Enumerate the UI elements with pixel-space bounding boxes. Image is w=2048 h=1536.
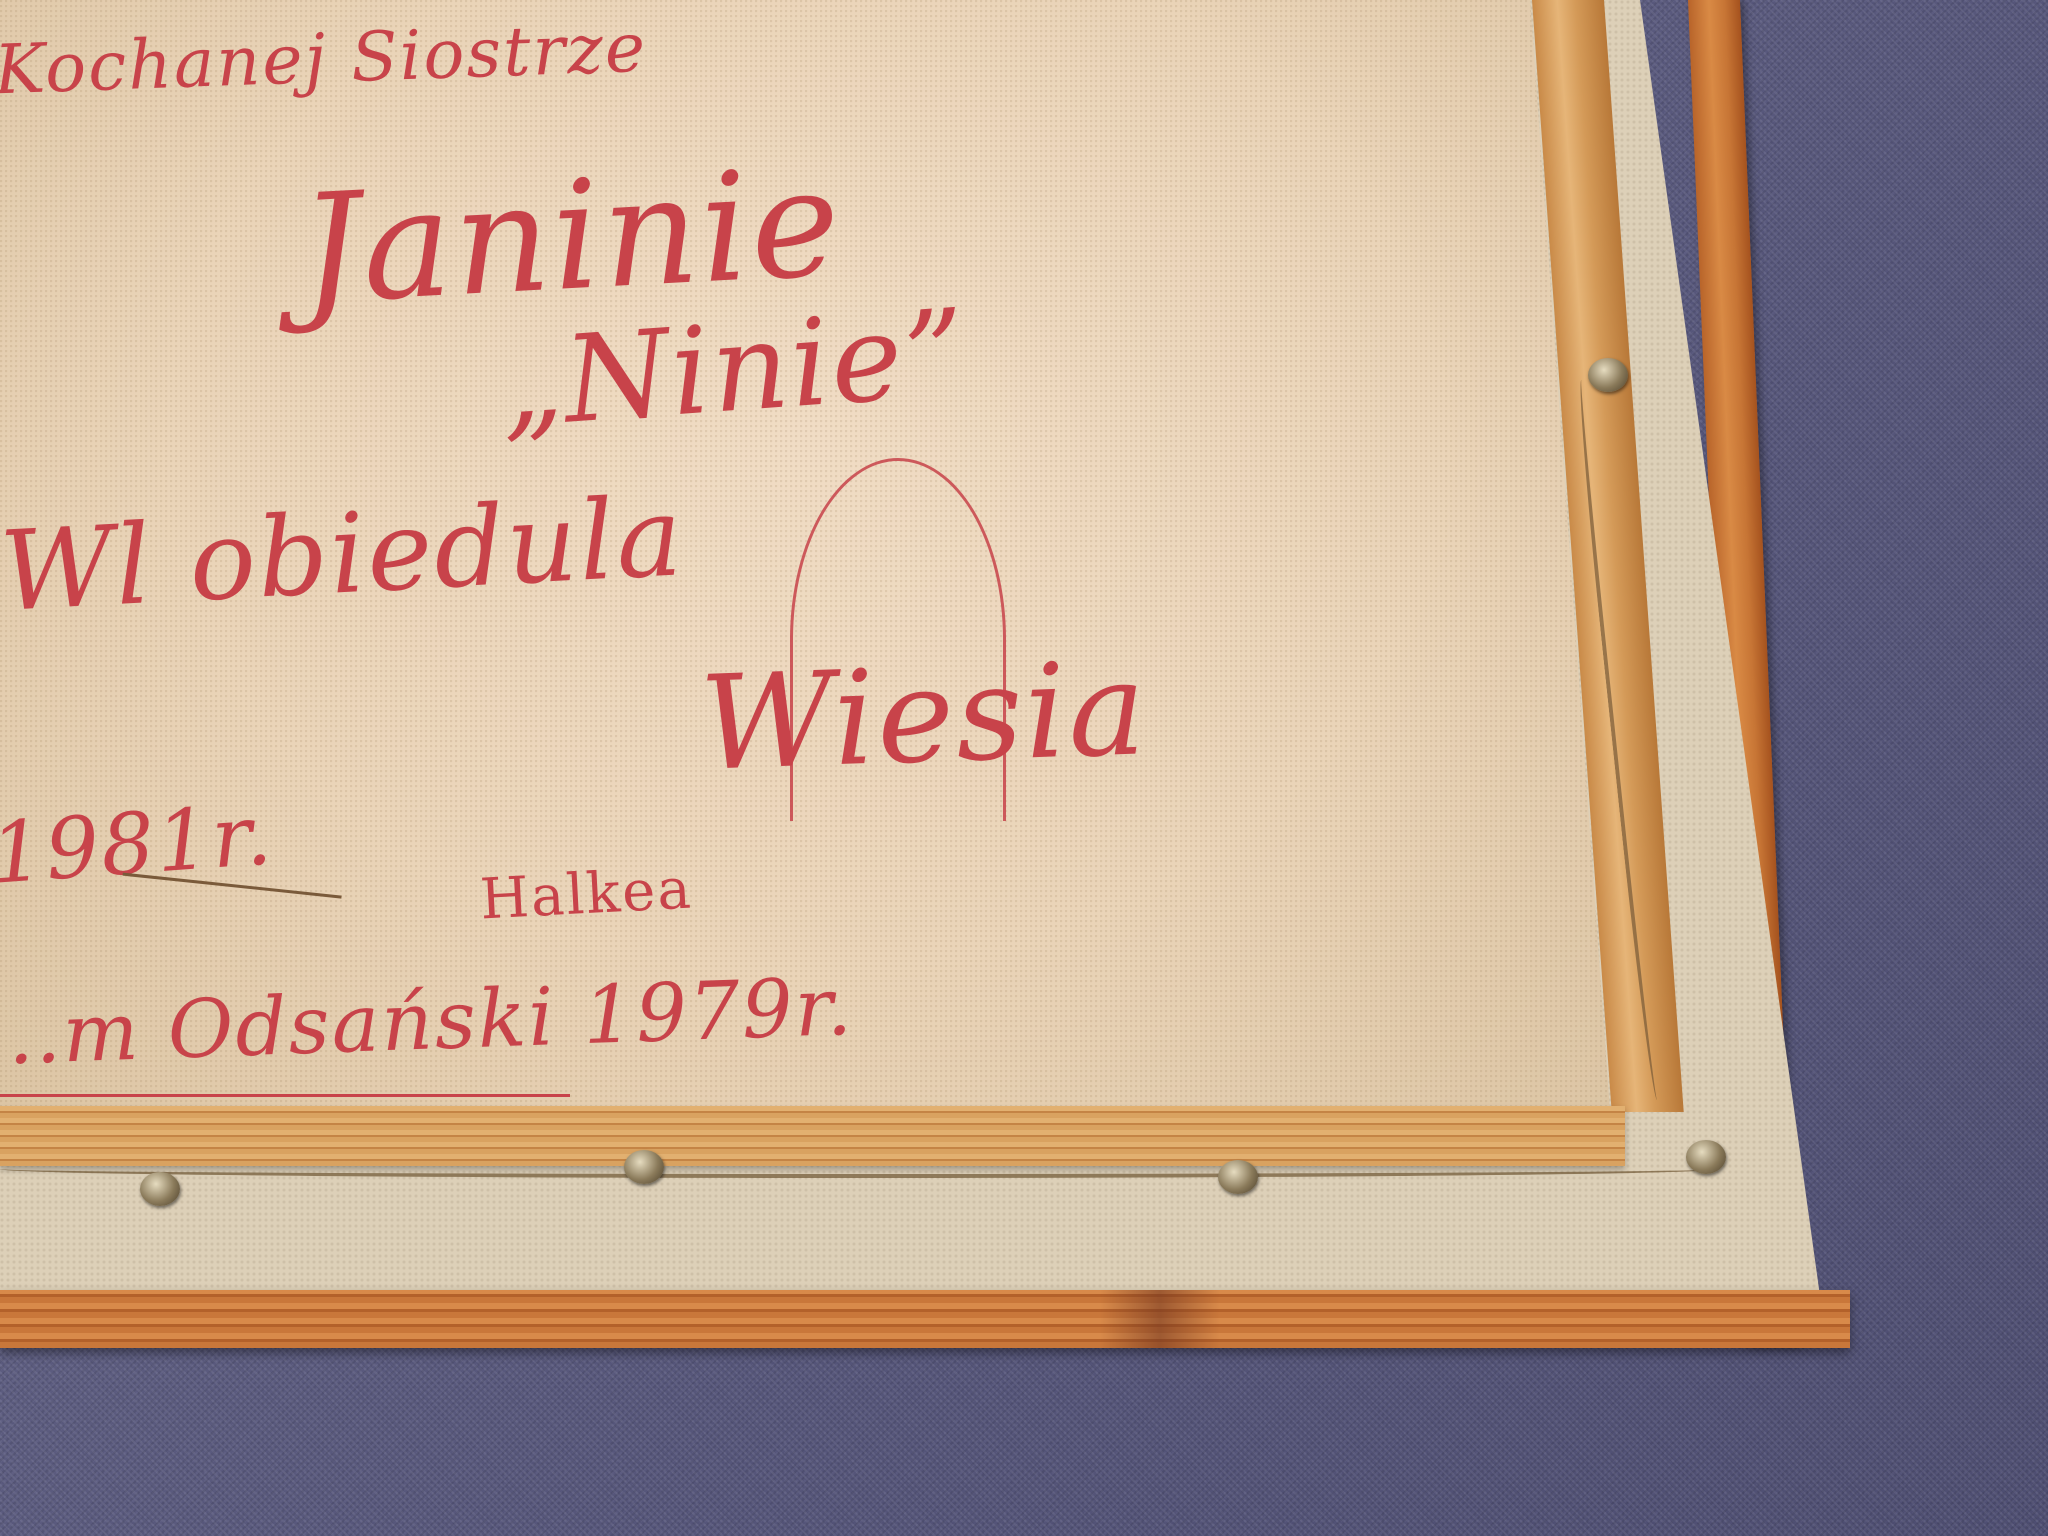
tack-icon: [1686, 1140, 1726, 1174]
frame-bottom-strip: [0, 1290, 1850, 1348]
tack-icon: [1218, 1160, 1258, 1194]
stretcher-bar-bottom: [0, 1106, 1625, 1166]
twine-bottom: [0, 1160, 1720, 1178]
signature: Wiesia: [697, 632, 1150, 800]
artist-underline: [0, 1094, 570, 1097]
tack-icon: [1588, 358, 1628, 392]
note-text: Halkea: [478, 856, 694, 932]
tack-icon: [624, 1150, 664, 1184]
tack-icon: [140, 1172, 180, 1206]
